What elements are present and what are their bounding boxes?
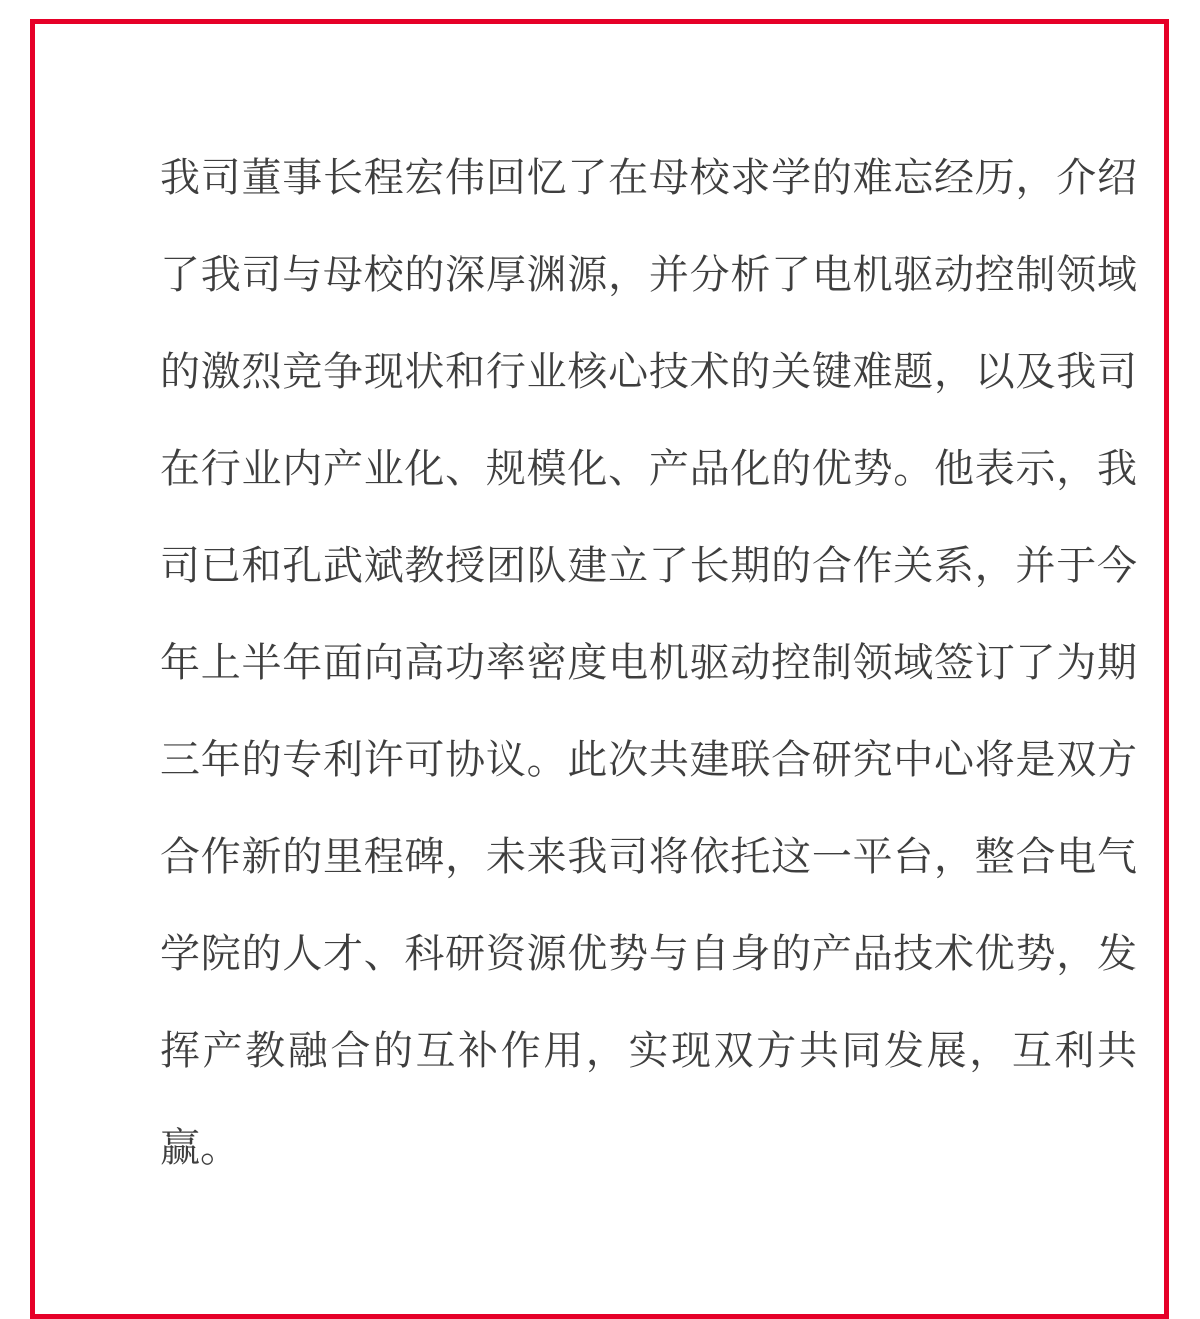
paragraph-line-4: 在行业内产业化、规模化、产品化的优势。他表示，我	[160, 421, 1137, 518]
paragraph-line-3: 的激烈竞争现状和行业核心技术的关键难题，以及我司	[160, 324, 1137, 421]
paragraph-line-5: 司已和孔武斌教授团队建立了长期的合作关系，并于今	[160, 518, 1137, 615]
document-page-border: 我司董事长程宏伟回忆了在母校求学的难忘经历，介绍 了我司与母校的深厚渊源，并分析…	[30, 19, 1169, 1197]
article-paragraph: 我司董事长程宏伟回忆了在母校求学的难忘经历，介绍 了我司与母校的深厚渊源，并分析…	[160, 130, 1137, 1197]
paragraph-line-8: 合作新的里程碑，未来我司将依托这一平台，整合电气	[160, 809, 1137, 906]
paragraph-line-9: 学院的人才、科研资源优势与自身的产品技术优势，发	[160, 906, 1137, 1003]
paragraph-line-1: 我司董事长程宏伟回忆了在母校求学的难忘经历，介绍	[160, 130, 1137, 227]
paragraph-line-6: 年上半年面向高功率密度电机驱动控制领域签订了为期	[160, 615, 1137, 712]
paragraph-line-11: 赢。	[160, 1100, 1137, 1197]
paragraph-line-10: 挥产教融合的互补作用，实现双方共同发展，互利共	[160, 1003, 1137, 1100]
paragraph-line-2: 了我司与母校的深厚渊源，并分析了电机驱动控制领域	[160, 227, 1137, 324]
paragraph-line-7: 三年的专利许可协议。此次共建联合研究中心将是双方	[160, 712, 1137, 809]
